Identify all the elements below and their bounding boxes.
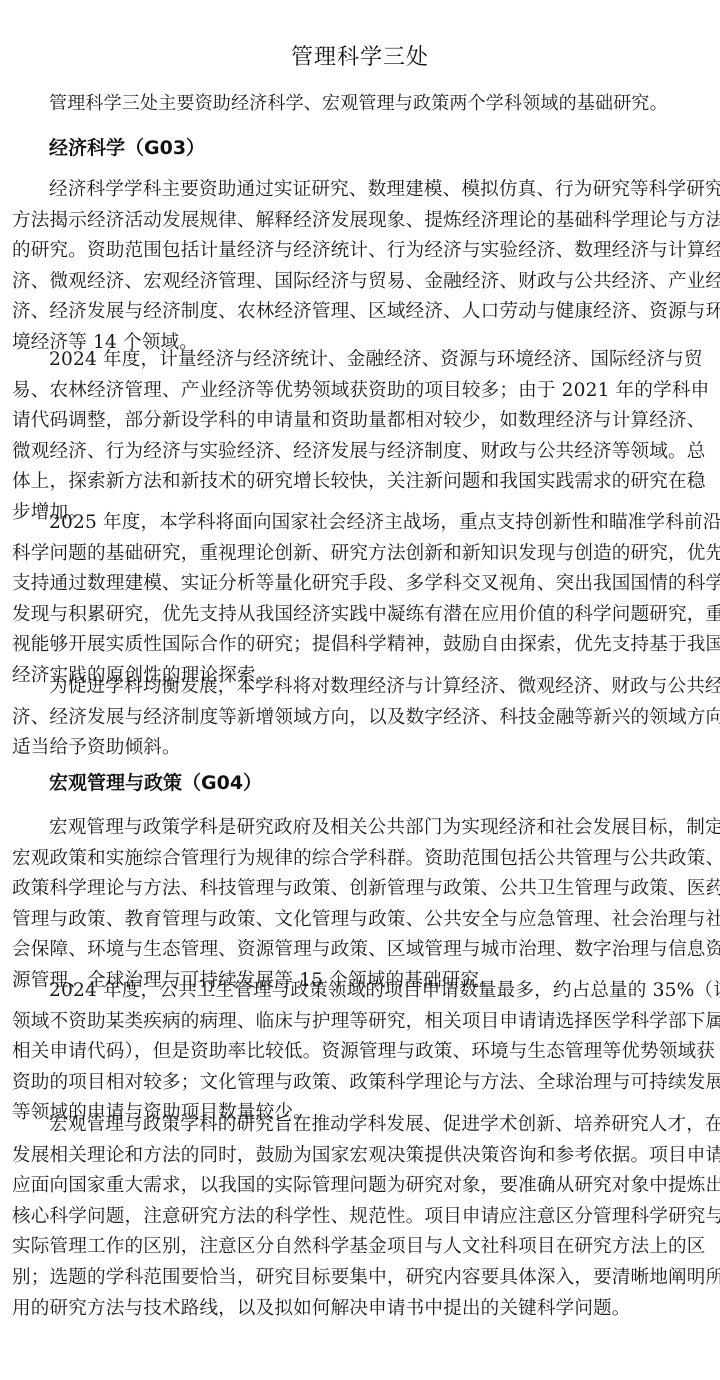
text-line: 微观经济、行为经济与实验经济、经济发展与经济制度、财政与公共经济等领域。总 <box>12 437 708 468</box>
text-line: 宏观管理与政策学科的研究旨在推动学科发展、促进学术创新、培养研究人才，在 <box>12 1110 708 1141</box>
intro-text: 管理科学三处主要资助经济科学、宏观管理与政策两个学科领域的基础研究。 <box>49 92 709 116</box>
page-title: 管理科学三处 <box>0 40 720 71</box>
paragraph-g03-overview: 经济科学学科主要资助通过实证研究、数理建模、模拟仿真、行为研究等科学研究 方法揭… <box>12 175 708 359</box>
text-line: 科学问题的基础研究，重视理论创新、研究方法创新和新知识发现与创造的研究，优先 <box>12 539 708 570</box>
text-line: 领域不资助某类疾病的病理、临床与护理等研究，相关项目申请请选择医学科学部下属 <box>12 1007 708 1038</box>
text-line: 核心科学问题，注意研究方法的科学性、规范性。项目申请应注意区分管理科学研究与 <box>12 1202 708 1233</box>
text-line: 资助的项目相对较多；文化管理与政策、政策科学理论与方法、全球治理与可持续发展 <box>12 1068 708 1099</box>
text-line: 济、经济发展与经济制度等新增领域方向，以及数字经济、科技金融等新兴的领域方向 <box>12 703 708 734</box>
paragraph-g04-2024: 2024 年度，公共卫生管理与政策领域的项目申请数量最多，约占总量的 35%（该… <box>12 976 708 1129</box>
text-line: 2025 年度，本学科将面向国家社会经济主战场，重点支持创新性和瞄准学科前沿 <box>12 508 708 539</box>
paragraph-g04-goals: 宏观管理与政策学科的研究旨在推动学科发展、促进学术创新、培养研究人才，在 发展相… <box>12 1110 708 1324</box>
text-line: 相关申请代码），但是资助率比较低。资源管理与政策、环境与生态管理等优势领域获 <box>12 1037 708 1068</box>
text-line: 应面向国家重大需求，以我国的实际管理问题为研究对象，要准确从研究对象中提炼出 <box>12 1171 708 1202</box>
text-line: 宏观管理与政策学科是研究政府及相关公共部门为实现经济和社会发展目标，制定 <box>12 813 708 844</box>
text-line: 别；选题的学科范围要恰当，研究目标要集中，研究内容要具体深入，要清晰地阐明所 <box>12 1263 708 1294</box>
text-line: 方法揭示经济活动发展规律、解释经济发展现象、提炼经济理论的基础科学理论与方法 <box>12 206 708 237</box>
text-line: 适当给予资助倾斜。 <box>12 733 708 764</box>
text-line: 体上，探索新方法和新技术的研究增长较快，关注新问题和我国实践需求的研究在稳 <box>12 467 708 498</box>
text-line: 实际管理工作的区别，注意区分自然科学基金项目与人文社科项目在研究方法上的区 <box>12 1232 708 1263</box>
text-line: 经济科学学科主要资助通过实证研究、数理建模、模拟仿真、行为研究等科学研究 <box>12 175 708 206</box>
text-line: 的研究。资助范围包括计量经济与经济统计、行为经济与实验经济、数理经济与计算经 <box>12 236 708 267</box>
text-line: 为促进学科均衡发展，本学科将对数理经济与计算经济、微观经济、财政与公共经 <box>12 672 708 703</box>
text-line: 2024 年度，计量经济与经济统计、金融经济、资源与环境经济、国际经济与贸 <box>12 345 708 376</box>
text-line: 管理与政策、教育管理与政策、文化管理与政策、公共安全与应急管理、社会治理与社 <box>12 905 708 936</box>
text-line: 支持通过数理建模、实证分析等量化研究手段、多学科交叉视角、突出我国国情的科学 <box>12 569 708 600</box>
section-heading-g03: 经济科学（G03） <box>49 133 205 160</box>
paragraph-g03-balance: 为促进学科均衡发展，本学科将对数理经济与计算经济、微观经济、财政与公共经 济、经… <box>12 672 708 764</box>
text-line: 视能够开展实质性国际合作的研究；提倡科学精神，鼓励自由探索，优先支持基于我国 <box>12 630 708 661</box>
text-line: 济、经济发展与经济制度、农林经济管理、区域经济、人口劳动与健康经济、资源与环 <box>12 297 708 328</box>
text-line: 会保障、环境与生态管理、资源管理与政策、区域管理与城市治理、数字治理与信息资 <box>12 935 708 966</box>
text-line: 用的研究方法与技术路线，以及拟如何解决申请书中提出的关键科学问题。 <box>12 1294 708 1325</box>
paragraph-g03-2024: 2024 年度，计量经济与经济统计、金融经济、资源与环境经济、国际经济与贸 易、… <box>12 345 708 529</box>
text-line: 宏观政策和实施综合管理行为规律的综合学科群。资助范围包括公共管理与公共政策、 <box>12 844 708 875</box>
text-line: 济、微观经济、宏观经济管理、国际经济与贸易、金融经济、财政与公共经济、产业经 <box>12 267 708 298</box>
text-line: 请代码调整，部分新设学科的申请量和资助量都相对较少，如数理经济与计算经济、 <box>12 406 708 437</box>
section-heading-g04: 宏观管理与政策（G04） <box>49 768 262 795</box>
paragraph-g04-overview: 宏观管理与政策学科是研究政府及相关公共部门为实现经济和社会发展目标，制定 宏观政… <box>12 813 708 997</box>
text-line: 发现与积累研究，优先支持从我国经济实践中凝练有潜在应用价值的科学问题研究，重 <box>12 600 708 631</box>
text-line: 2024 年度，公共卫生管理与政策领域的项目申请数量最多，约占总量的 35%（该 <box>12 976 708 1007</box>
text-line: 发展相关理论和方法的同时，鼓励为国家宏观决策提供决策咨询和参考依据。项目申请 <box>12 1141 708 1172</box>
paragraph-g03-2025: 2025 年度，本学科将面向国家社会经济主战场，重点支持创新性和瞄准学科前沿 科… <box>12 508 708 692</box>
text-line: 易、农林经济管理、产业经济等优势领域获资助的项目较多；由于 2021 年的学科申 <box>12 376 708 407</box>
text-line: 政策科学理论与方法、科技管理与政策、创新管理与政策、公共卫生管理与政策、医药 <box>12 874 708 905</box>
